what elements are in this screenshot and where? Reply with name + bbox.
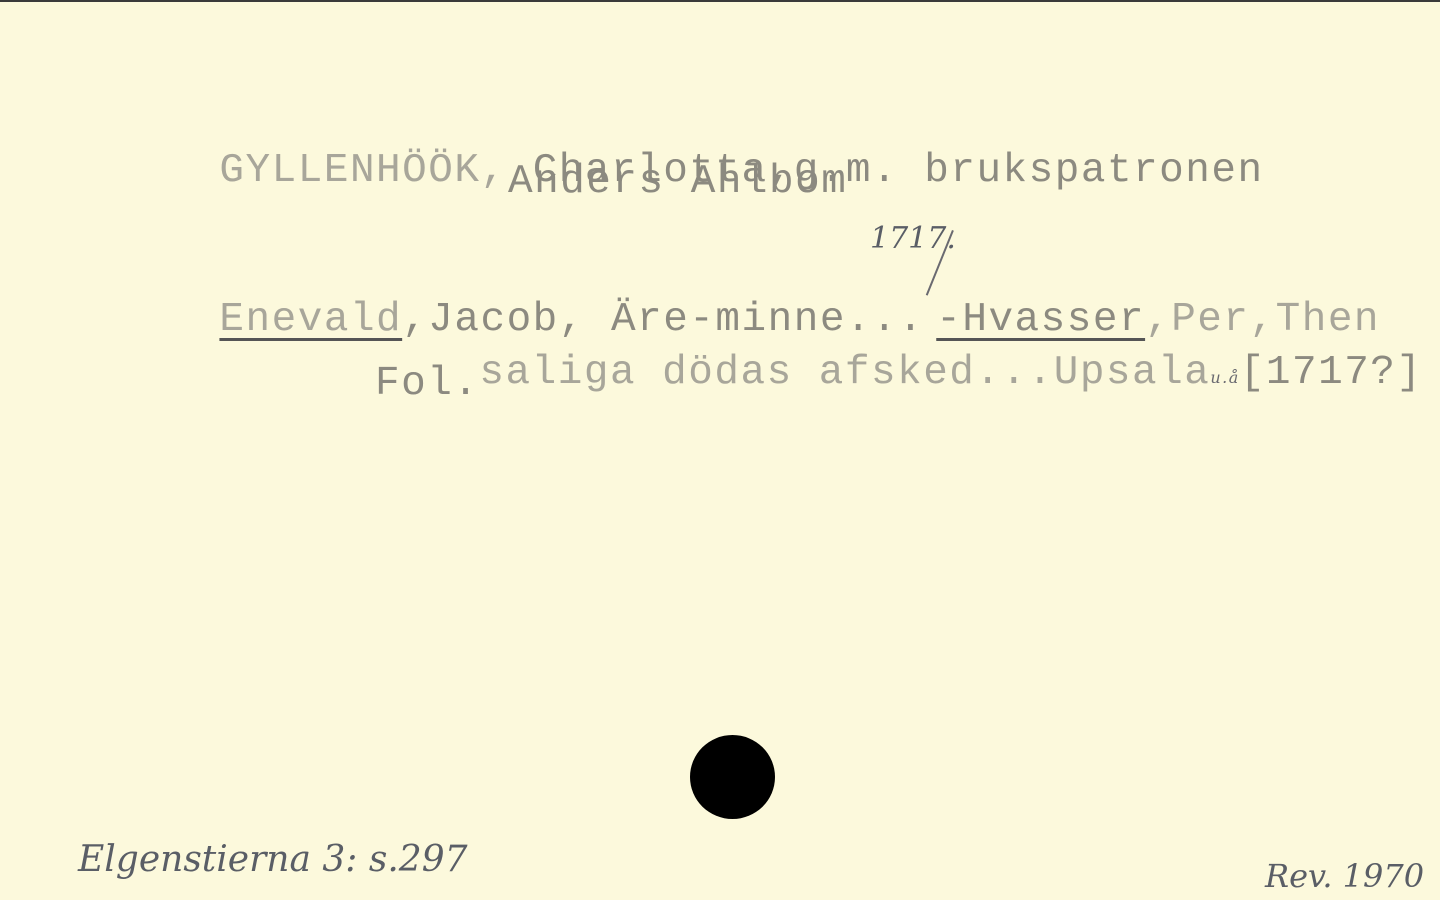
heading-surname: GYLLENHÖÖK, [219,148,506,194]
revision-note: Rev. 1970 [1265,860,1424,892]
catalog-card: GYLLENHÖÖK, Charlotta,g.m. brukspatronen… [0,0,1440,900]
entry-line-2: saliga dödas afsked...Upsalau.å[1717?] [375,312,1423,435]
punch-hole [690,735,775,819]
entry-format: Fol. [375,364,479,405]
handwritten-reference: Elgenstierna 3: s.297 [78,842,468,878]
entry-imprint: saliga dödas afsked...Upsala [479,350,1210,396]
place-note: u.å [1210,368,1239,387]
heading-line-2: Anders Ahlbom [508,162,847,203]
entry-date: [1717?] [1240,350,1423,396]
